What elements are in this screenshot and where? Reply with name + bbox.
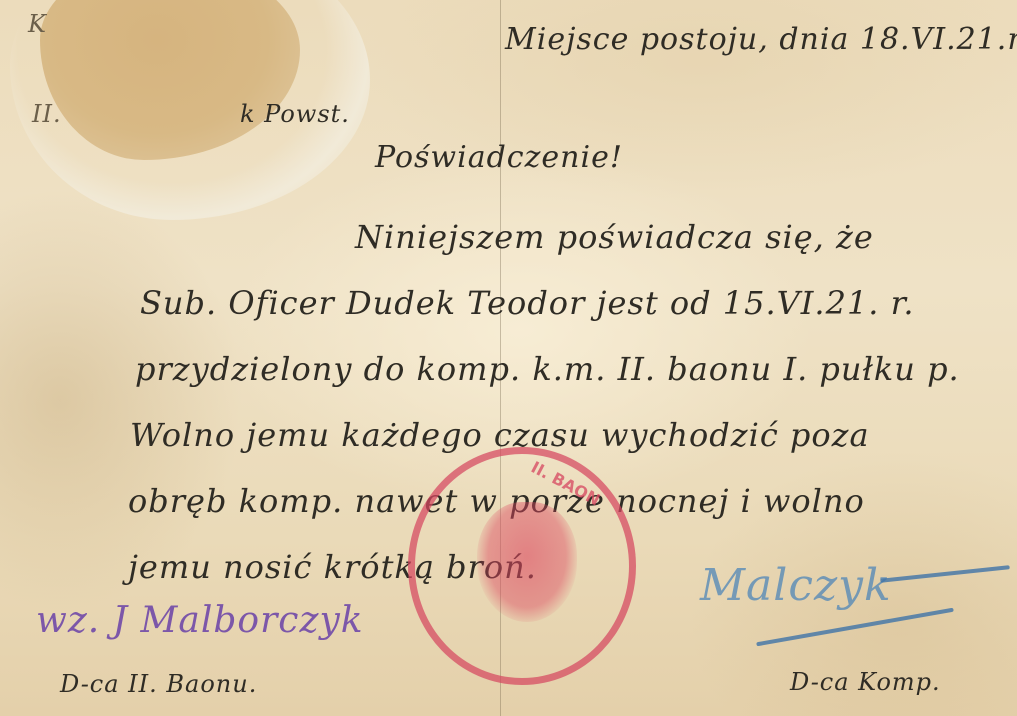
- signature-stroke: [756, 608, 954, 647]
- signature-left-role: D-ca II. Baonu.: [60, 670, 257, 698]
- header-left-mid: II.: [32, 100, 62, 128]
- body-line-3: przydzielony do komp. k.m. II. baonu I. …: [135, 350, 960, 388]
- official-stamp: II. BAON: [408, 447, 636, 685]
- place-date: Miejsce postoju, dnia 18.VI.21.r.: [505, 22, 1017, 57]
- signature-right: Malczyk: [700, 560, 892, 611]
- header-unit: k Powst.: [240, 100, 350, 128]
- body-line-1: Niniejszem poświadcza się, że: [355, 218, 874, 256]
- signature-left: wz. J Malborczyk: [36, 600, 364, 641]
- signature-stroke: [880, 565, 1010, 583]
- header-left-top: K: [28, 10, 47, 38]
- document-title: Poświadczenie!: [375, 140, 623, 175]
- eagle-emblem-icon: [477, 502, 577, 622]
- document-page: K II. k Powst. Miejsce postoju, dnia 18.…: [0, 0, 1017, 716]
- signature-right-role: D-ca Komp.: [790, 668, 941, 696]
- body-line-2: Sub. Oficer Dudek Teodor jest od 15.VI.2…: [140, 284, 915, 322]
